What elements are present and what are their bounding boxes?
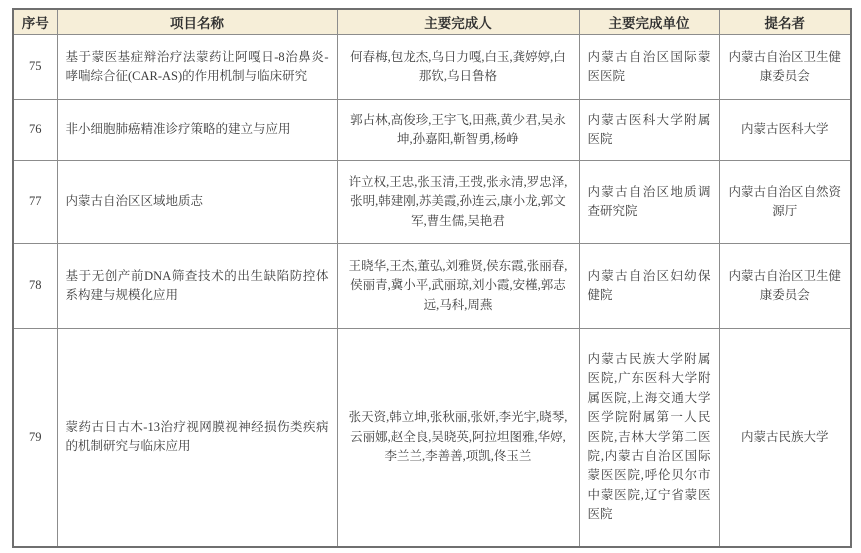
- table-row: 78 基于无创产前DNA筛查技术的出生缺陷防控体系构建与规模化应用 王晓华,王杰…: [13, 244, 851, 329]
- cell-serial-number: 78: [13, 244, 57, 329]
- table-row: 77 内蒙古自治区区域地质志 许立权,王忠,张玉清,王弢,张永清,罗忠泽,张明,…: [13, 161, 851, 244]
- table-row: 76 非小细胞肺癌精准诊疗策略的建立与应用 郭占林,高俊珍,王宇飞,田燕,黄少君…: [13, 100, 851, 161]
- cell-project-name: 非小细胞肺癌精准诊疗策略的建立与应用: [57, 100, 337, 161]
- table-row: 79 蒙药古日古木-13治疗视网膜视神经损伤类疾病的机制研究与临床应用 张天资,…: [13, 329, 851, 547]
- cell-nominator: 内蒙古医科大学: [719, 100, 851, 161]
- cell-main-units: 内蒙古自治区国际蒙医医院: [579, 35, 719, 100]
- header-serial-number: 序号: [13, 9, 57, 35]
- cell-serial-number: 75: [13, 35, 57, 100]
- cell-nominator: 内蒙古自治区卫生健康委员会: [719, 35, 851, 100]
- cell-serial-number: 76: [13, 100, 57, 161]
- cell-main-units: 内蒙古民族大学附属医院,广东医科大学附属医院,上海交通大学医学院附属第一人民医院…: [579, 329, 719, 547]
- award-table: 序号 项目名称 主要完成人 主要完成单位 提名者 75 基于蒙医基症辩治疗法蒙药…: [12, 8, 852, 548]
- header-main-units: 主要完成单位: [579, 9, 719, 35]
- cell-main-units: 内蒙古自治区妇幼保健院: [579, 244, 719, 329]
- cell-nominator: 内蒙古自治区卫生健康委员会: [719, 244, 851, 329]
- cell-project-name: 内蒙古自治区区域地质志: [57, 161, 337, 244]
- cell-main-completers: 许立权,王忠,张玉清,王弢,张永清,罗忠泽,张明,韩建刚,苏美霞,孙连云,康小龙…: [337, 161, 579, 244]
- header-main-completers: 主要完成人: [337, 9, 579, 35]
- cell-project-name: 基于蒙医基症辩治疗法蒙药让阿嘎日-8治鼻炎-哮喘综合征(CAR-AS)的作用机制…: [57, 35, 337, 100]
- header-nominator: 提名者: [719, 9, 851, 35]
- cell-project-name: 蒙药古日古木-13治疗视网膜视神经损伤类疾病的机制研究与临床应用: [57, 329, 337, 547]
- cell-main-completers: 张天资,韩立坤,张秋丽,张妍,李光宇,晓琴,云丽娜,赵全良,吴晓英,阿拉坦图雅,…: [337, 329, 579, 547]
- table-row: 75 基于蒙医基症辩治疗法蒙药让阿嘎日-8治鼻炎-哮喘综合征(CAR-AS)的作…: [13, 35, 851, 100]
- cell-main-completers: 何春梅,包龙杰,乌日力嘎,白玉,龚婷婷,白那钦,乌日鲁格: [337, 35, 579, 100]
- cell-main-completers: 郭占林,高俊珍,王宇飞,田燕,黄少君,吴永坤,孙嘉阳,靳智勇,杨峥: [337, 100, 579, 161]
- cell-main-units: 内蒙古医科大学附属医院: [579, 100, 719, 161]
- cell-nominator: 内蒙古民族大学: [719, 329, 851, 547]
- document-page: 序号 项目名称 主要完成人 主要完成单位 提名者 75 基于蒙医基症辩治疗法蒙药…: [0, 0, 861, 553]
- header-row: 序号 项目名称 主要完成人 主要完成单位 提名者: [13, 9, 851, 35]
- cell-nominator: 内蒙古自治区自然资源厅: [719, 161, 851, 244]
- cell-main-completers: 王晓华,王杰,董弘,刘雅贤,侯东霞,张丽春,侯丽青,冀小平,武丽琼,刘小霞,安槿…: [337, 244, 579, 329]
- cell-serial-number: 77: [13, 161, 57, 244]
- cell-main-units: 内蒙古自治区地质调查研究院: [579, 161, 719, 244]
- header-project-name: 项目名称: [57, 9, 337, 35]
- cell-project-name: 基于无创产前DNA筛查技术的出生缺陷防控体系构建与规模化应用: [57, 244, 337, 329]
- cell-serial-number: 79: [13, 329, 57, 547]
